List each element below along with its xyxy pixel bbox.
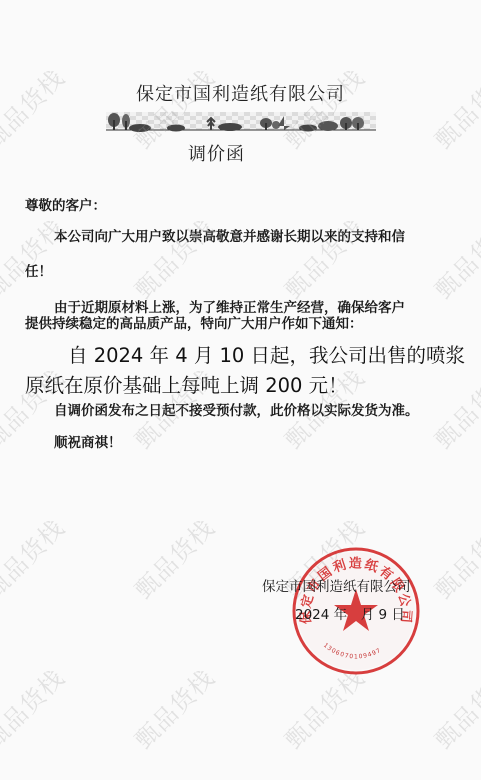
watermark: 甄品货栈	[125, 510, 220, 605]
watermark: 甄品货栈	[425, 660, 481, 755]
watermark: 甄品货栈	[425, 210, 481, 305]
paragraph-reason-line2: 提供持续稳定的高品质产品，特向广大用户作如下通知：	[25, 315, 455, 333]
watermark: 甄品货栈	[125, 210, 220, 305]
paragraph-thanks-line2: 任！	[25, 263, 455, 281]
watermark: 甄品货栈	[0, 660, 71, 755]
signature-company: 保定市国利造纸有限公司	[262, 575, 411, 595]
watermark: 甄品货栈	[0, 60, 71, 155]
watermark: 甄品货栈	[275, 210, 370, 305]
price-adjustment-letter: 甄品货栈 甄品货栈 甄品货栈 甄品货栈 甄品货栈 甄品货栈 甄品货栈 甄品货栈 …	[0, 0, 481, 780]
paragraph-prepayment: 自调价函发布之日起不接受预付款，此价格以实际发货为准。	[54, 402, 481, 420]
watermark: 甄品货栈	[0, 210, 71, 305]
watermark: 甄品货栈	[425, 60, 481, 155]
company-name-header: 保定市国利造纸有限公司	[0, 80, 481, 106]
signature-date: 2024 年 月 9 日	[295, 603, 405, 623]
watermark: 甄品货栈	[0, 510, 71, 605]
watermark: 甄品货栈	[125, 660, 220, 755]
closing-greeting: 顺祝商祺！	[54, 434, 481, 452]
document-title: 调价函	[188, 140, 245, 166]
paragraph-thanks-line1: 本公司向广大用户致以崇高敬意并感谢长期以来的支持和信	[54, 228, 481, 246]
price-notice-line2: 原纸在原价基础上每吨上调 200 元！	[25, 370, 348, 398]
salutation: 尊敬的客户：	[25, 197, 455, 215]
price-notice-line1: 自 2024 年 4 月 10 日起，我公司出售的喷浆	[68, 340, 465, 368]
trees-landscape-icon	[106, 108, 376, 132]
watermark: 甄品货栈	[425, 510, 481, 605]
